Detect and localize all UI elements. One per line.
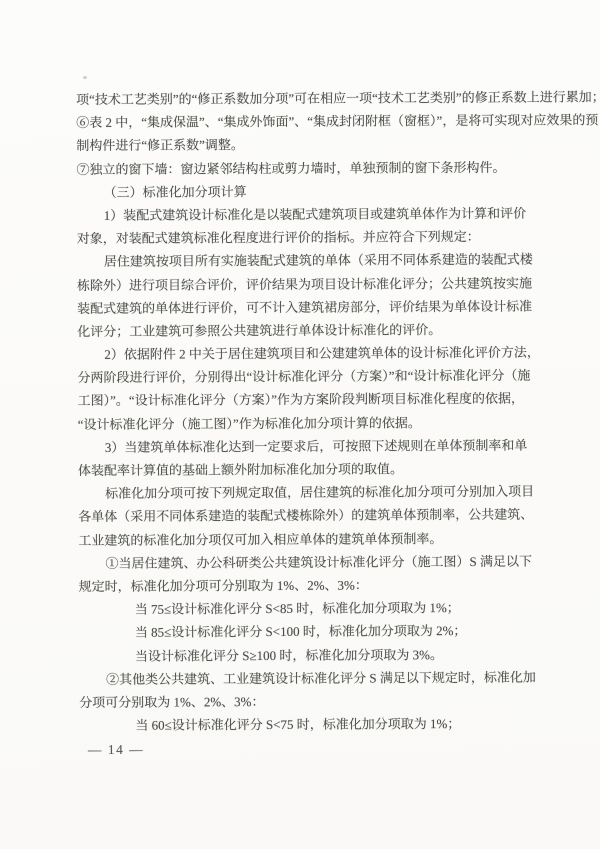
body-text-line: ①当居住建筑、办公科研类公共建筑设计标准化评分（施工图）S 满足以下 [78,549,552,575]
body-text-line: 工业建筑的标准化加分项仅可加入相应单体的建筑单体预制率。 [78,526,552,552]
body-text-line: 工图）”。“设计标准化评分（方案）”作为方案阶段判断项目标准化程度的依据， [78,387,552,413]
body-text-line: 3）当建筑单体标准化达到一定要求后，可按照下述规则在单体预制率和单 [78,433,552,459]
scan-artifact-speck [83,76,87,79]
body-text-line: 化评分；工业建筑可参照公共建筑进行单体设计标准化的评价。 [77,317,551,343]
body-text-line: 分两阶段进行评价，分别得出“设计标准化评分（方案）”和“设计标准化评分（施 [77,364,551,390]
body-text-line: 各单体（采用不同体系建造的装配式楼栋除外）的建筑单体预制率，公共建筑、 [78,503,552,529]
body-text-line: 体装配率计算值的基础上额外附加标准化加分项的取值。 [78,457,552,483]
body-text-line: ⑥表 2 中，“集成保温”、“集成外饰面”、“集成封闭附框（窗框）”，是将可实现… [76,109,550,135]
body-text-line: 当 75≤设计标准化评分 S<85 时，标准化加分项取为 1%； [79,596,553,622]
body-text-line: 当 60≤设计标准化评分 S<75 时，标准化加分项取为 1%； [79,712,553,738]
body-text-line: 栋除外）进行项目综合评价，评价结果为项目设计标准化评分；公共建筑按实施 [77,271,551,297]
body-text-line: 项“技术工艺类别”的“修正系数加分项”可在相应一项“技术工艺类别”的修正系数上进… [76,86,550,112]
body-text-line: 当设计标准化评分 S≥100 时，标准化加分项取为 3%。 [79,642,553,668]
body-text-line: 居住建筑按项目所有实施装配式建筑的单体（采用不同体系建造的装配式楼 [77,248,551,274]
body-text-line: ⑦独立的窗下墙：窗边紧邻结构柱或剪力墙时，单独预制的窗下条形构件。 [76,155,550,181]
body-text-line: 2）依据附件 2 中关于居住建筑项目和公建建筑单体的设计标准化评价方法， [77,341,551,367]
body-text-line: 对象，对装配式建筑标准化程度进行评价的指标。并应符合下列规定： [77,225,551,251]
body-text-line: 制构件进行“修正系数”调整。 [76,132,550,158]
page-number: — 14 — [88,742,144,758]
body-text-line: 1）装配式建筑设计标准化是以装配式建筑项目或建筑单体作为计算和评价 [77,201,551,227]
body-text-line: 标准化加分项可按下列规定取值，居住建筑的标准化加分项可分别加入项目 [78,480,552,506]
body-text-line: 分项可分别取为 1%、2%、3%： [79,688,553,714]
body-text-line: 装配式建筑的单体进行评价，可不计入建筑裙房部分，评价结果为单体设计标准 [77,294,551,320]
body-text-line: “设计标准化评分（施工图）”作为标准化加分项计算的依据。 [78,410,552,436]
body-text-line: 当 85≤设计标准化评分 S<100 时，标准化加分项取为 2%； [79,619,553,645]
body-text-line: ②其他类公共建筑、工业建筑设计标准化评分 S 满足以下规定时，标准化加 [79,665,553,691]
document-body: 项“技术工艺类别”的“修正系数加分项”可在相应一项“技术工艺类别”的修正系数上进… [76,86,553,738]
scanned-document-page: 项“技术工艺类别”的“修正系数加分项”可在相应一项“技术工艺类别”的修正系数上进… [0,0,600,849]
body-text-line: 规定时，标准化加分项可分别取为 1%、2%、3%： [79,572,553,598]
section-heading-line: （三）标准化加分项计算 [76,178,550,204]
